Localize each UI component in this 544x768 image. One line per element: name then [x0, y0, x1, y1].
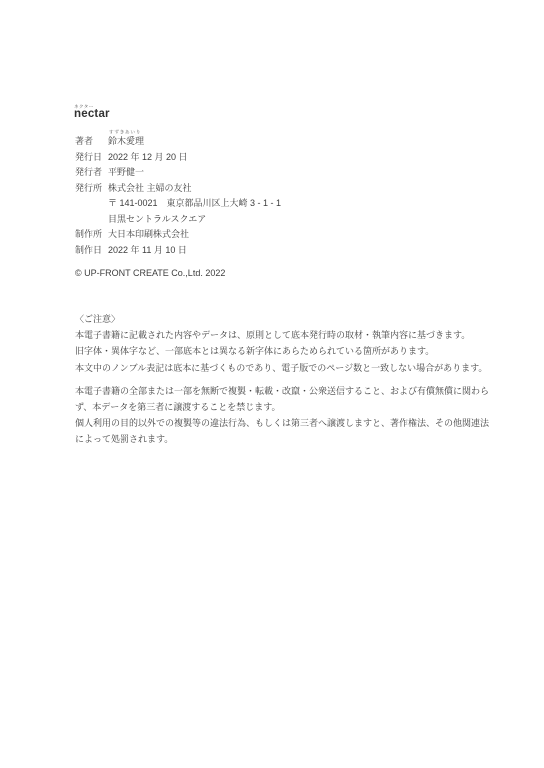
notice-section: 〈ご注意〉 本電子書籍に記載された内容やデータは、原則として底本発行時の取材・執… [75, 311, 535, 448]
colophon-row-author: 著者 すずきあいり鈴木愛理 [75, 134, 281, 150]
book-title-ruby: ネクター [74, 104, 94, 109]
notice-paragraph-2: 本電子書籍の全部または一部を無断で複製・転載・改竄・公衆送信すること、および有償… [75, 383, 535, 448]
production-date-label: 制作日 [75, 243, 108, 259]
colophon-row-publisher-company: 発行所 株式会社 主婦の友社 〒 141-0021 東京都品川区上大崎 3 - … [75, 181, 281, 228]
book-title-ruby-wrap: ネクター [74, 100, 110, 106]
author-value: すずきあいり鈴木愛理 [108, 134, 144, 150]
colophon-page: ネクター nectar 著者 すずきあいり鈴木愛理 発行日 2022 年 12 … [0, 0, 544, 768]
colophon-row-publisher-person: 発行者 平野健一 [75, 165, 281, 181]
colophon-row-publish-date: 発行日 2022 年 12 月 20 日 [75, 150, 281, 166]
author-name: 鈴木愛理 [108, 136, 144, 146]
publisher-company-value: 株式会社 主婦の友社 〒 141-0021 東京都品川区上大崎 3 - 1 - … [108, 181, 281, 228]
printer-label: 制作所 [75, 227, 108, 243]
publisher-person-value: 平野健一 [108, 165, 144, 181]
colophon-info: 著者 すずきあいり鈴木愛理 発行日 2022 年 12 月 20 日 発行者 平… [75, 134, 281, 258]
production-date-value: 2022 年 11 月 10 日 [108, 243, 187, 259]
publisher-person-label: 発行者 [75, 165, 108, 181]
book-title-block: ネクター nectar [74, 100, 110, 120]
author-furigana: すずきあいり [109, 130, 141, 135]
copyright-line: © UP-FRONT CREATE Co.,Ltd. 2022 [75, 266, 225, 281]
publish-date-value: 2022 年 12 月 20 日 [108, 150, 188, 166]
colophon-row-printer: 制作所 大日本印刷株式会社 [75, 227, 281, 243]
publish-date-label: 発行日 [75, 150, 108, 166]
printer-value: 大日本印刷株式会社 [108, 227, 189, 243]
book-title: nectar [74, 108, 110, 120]
publisher-company-label: 発行所 [75, 181, 108, 228]
notice-heading: 〈ご注意〉 [75, 311, 535, 327]
notice-paragraph-1: 本電子書籍に記載された内容やデータは、原則として底本発行時の取材・執筆内容に基づ… [75, 327, 535, 376]
colophon-row-production-date: 制作日 2022 年 11 月 10 日 [75, 243, 281, 259]
author-label: 著者 [75, 134, 108, 150]
